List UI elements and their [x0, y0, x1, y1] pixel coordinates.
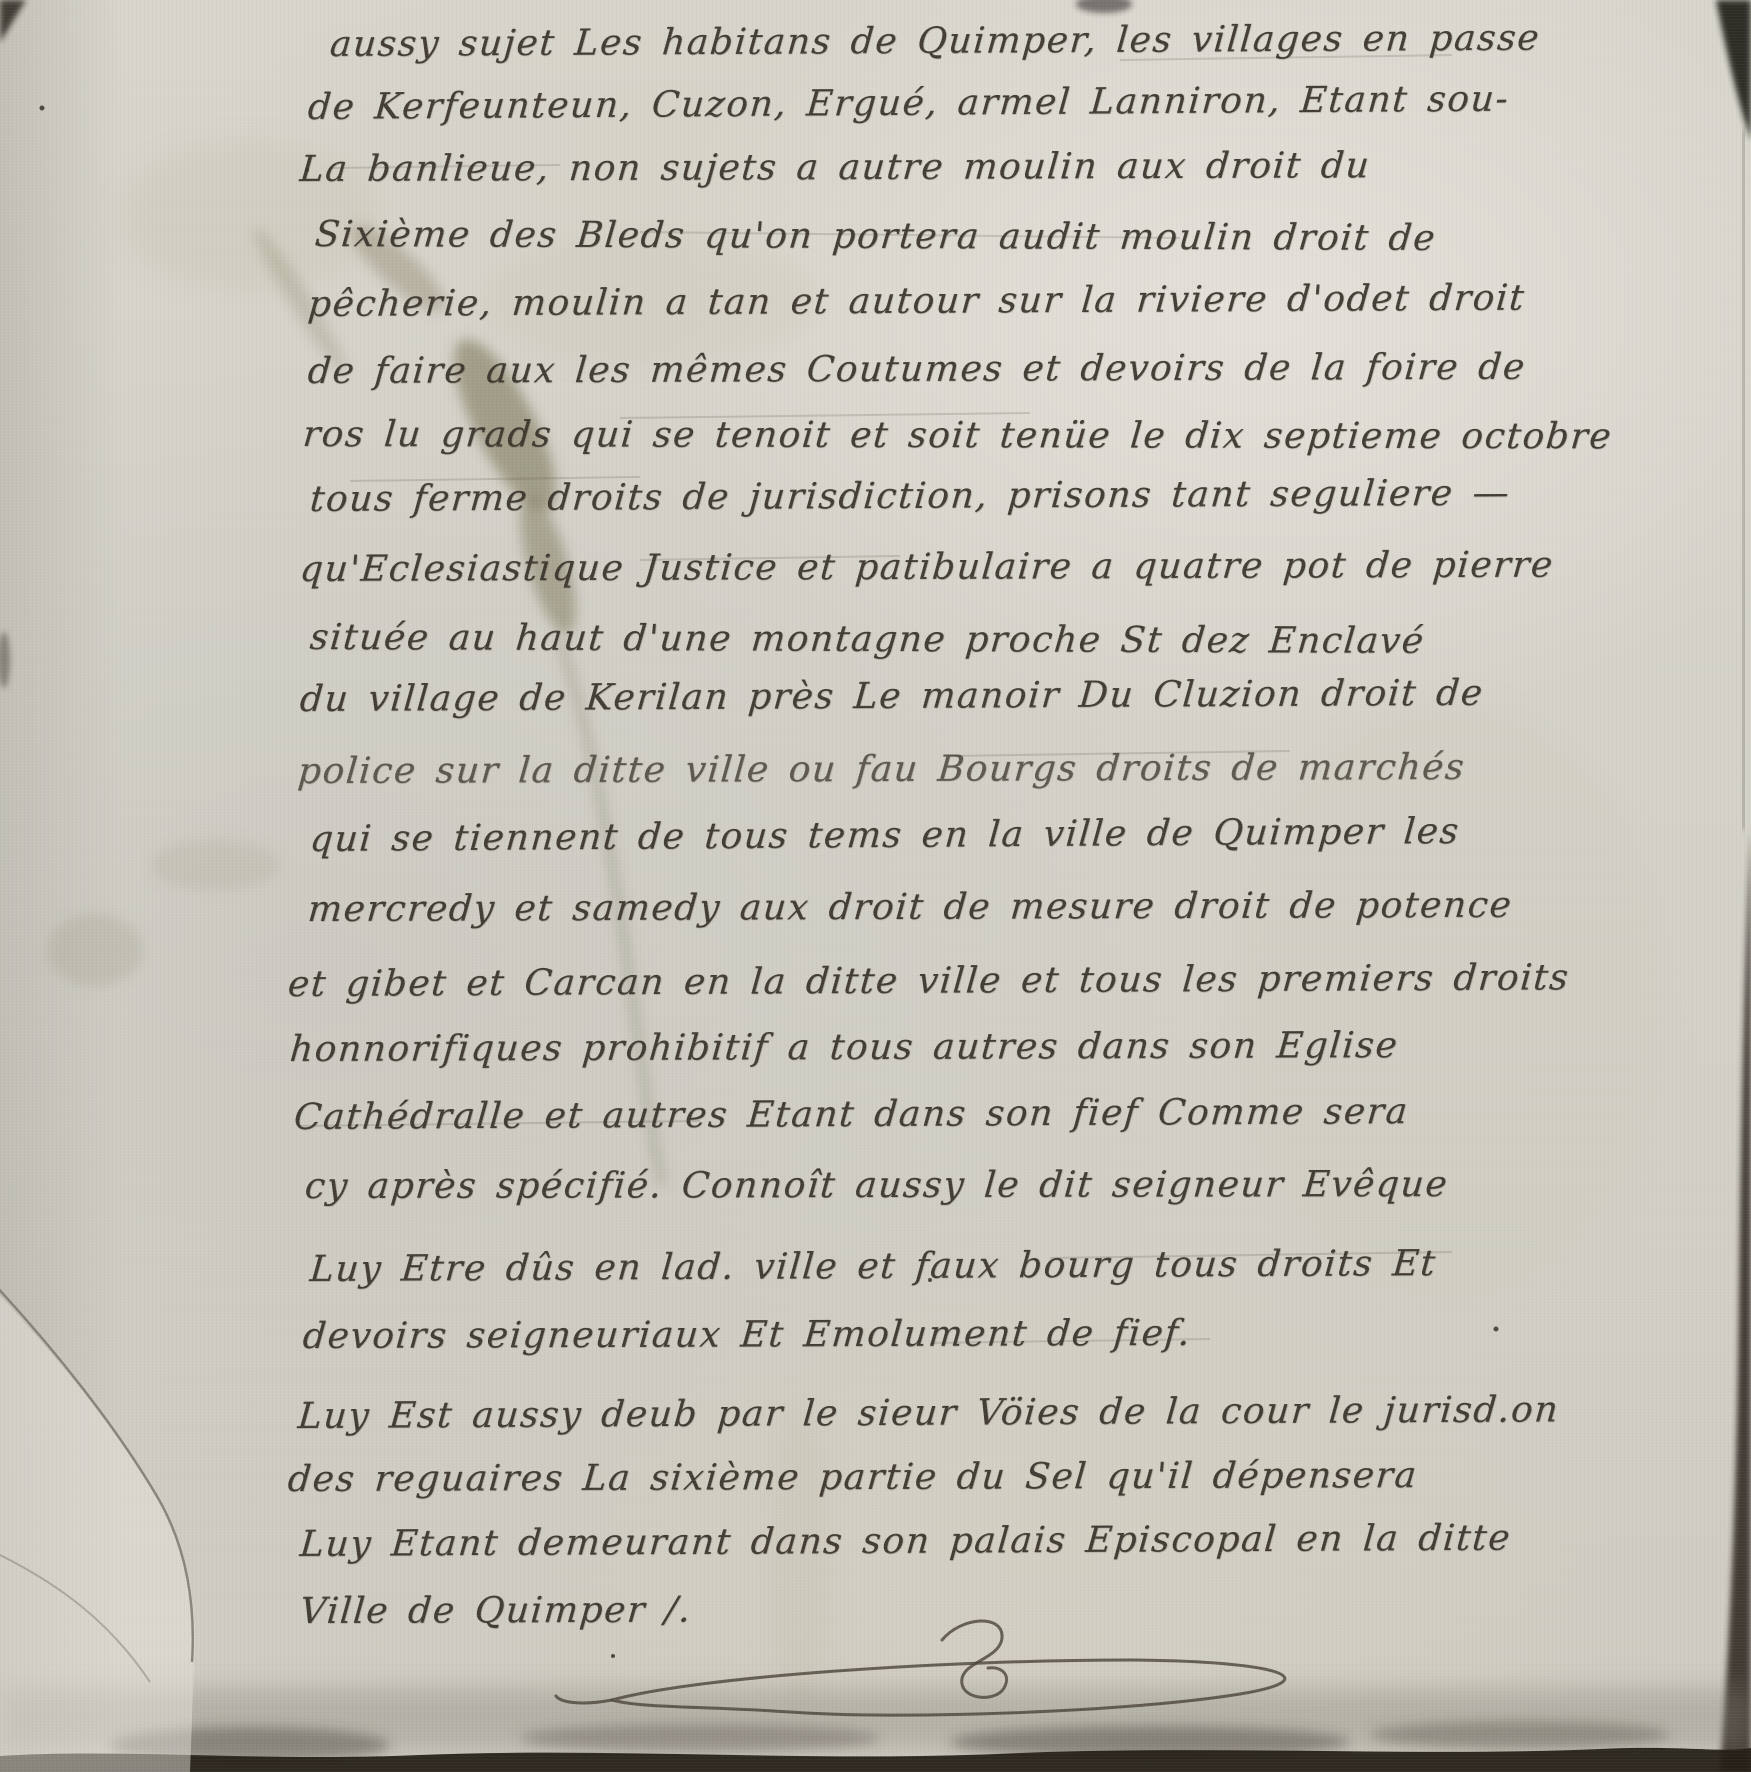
manuscript-line: Luy Etant demeurant dans son palais Epis…	[298, 1518, 1513, 1566]
manuscript-line: mercredy et samedy aux droit de mesure d…	[306, 885, 1514, 931]
manuscript-line: tous ferme droits de jurisdiction, priso…	[308, 473, 1512, 521]
manuscript-line: pêcherie, moulin a tan et autour sur la …	[306, 278, 1527, 326]
signature-paraph	[556, 1621, 1285, 1715]
manuscript-line: Ville de Quimper /.	[298, 1590, 693, 1633]
manuscript-line: Luy Est aussy deub par le sieur Vöies de…	[296, 1389, 1561, 1437]
manuscript-line: de Kerfeunteun, Cuzon, Ergué, armel Lann…	[306, 79, 1511, 129]
manuscript-line: Sixième des Bleds qu'on portera audit mo…	[313, 214, 1438, 259]
paper-tear	[0, 1285, 195, 1772]
manuscript-line: Luy Etre dûs en lad. ville et faux bourg…	[308, 1243, 1438, 1290]
manuscript-line: de faire aux les mêmes Coutumes et devoi…	[306, 347, 1527, 393]
manuscript-line: Cathédralle et autres Etant dans son fie…	[292, 1091, 1410, 1138]
manuscript-line: ros lu grads qui se tenoit et soit tenüe…	[301, 414, 1614, 458]
manuscript-line: du village de Kerilan près Le manoir Du …	[298, 673, 1485, 721]
manuscript-photo: aussy sujet Les habitans de Quimper, les…	[0, 0, 1751, 1772]
manuscript-line: qui se tiennent de tous tems en la ville…	[308, 811, 1461, 860]
manuscript-line: devoirs seigneuriaux Et Emolument de fie…	[301, 1313, 1193, 1358]
manuscript-line: aussy sujet Les habitans de Quimper, les…	[328, 18, 1542, 66]
manuscript-line: honnorifiques prohibitif a tous autres d…	[288, 1025, 1400, 1070]
manuscript-line: La banlieue, non sujets a autre moulin a…	[298, 145, 1372, 190]
manuscript-line: et gibet et Carcan en la ditte ville et …	[286, 957, 1571, 1005]
manuscript-line: des reguaires La sixième partie du Sel q…	[286, 1455, 1419, 1500]
manuscript-line: située au haut d'une montagne proche St …	[308, 617, 1426, 662]
manuscript-line: cy après spécifié. Connoît aussy le dit …	[303, 1164, 1450, 1207]
manuscript-line: qu'Eclesiastique Justice et patibulaire …	[298, 545, 1555, 591]
manuscript-line: police sur la ditte ville ou fau Bourgs …	[296, 747, 1467, 792]
